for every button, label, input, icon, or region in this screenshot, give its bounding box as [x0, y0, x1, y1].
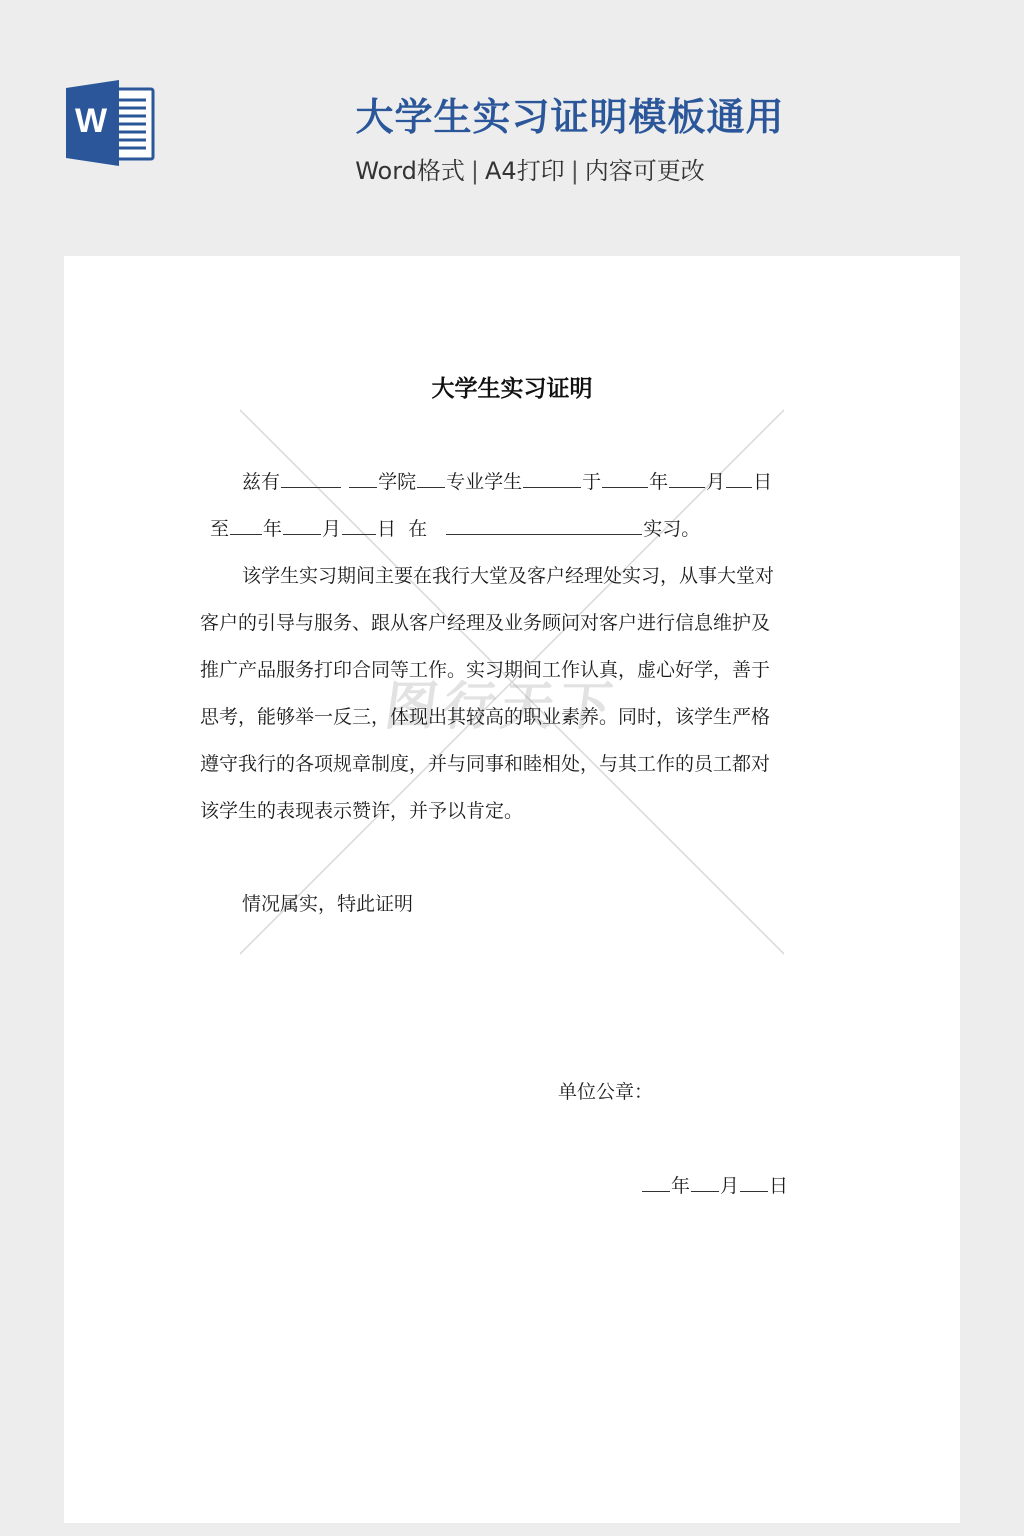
blank-start-day[interactable] [726, 469, 752, 488]
label-year: 年 [649, 471, 668, 493]
blank-sign-year[interactable] [642, 1173, 670, 1192]
body-line: 该学生的表现表示赞许，并予以肯定。 [200, 798, 523, 824]
header-title: 大学生实习证明模板通用 [300, 92, 840, 142]
label-month: 月 [720, 1175, 739, 1197]
label-month: 月 [322, 518, 341, 540]
document-page: 图行天下 大学生实习证明 兹有 学院专业学生于年月日 至年月日 在 实习。 该学… [64, 256, 960, 1523]
blank-sign-day[interactable] [740, 1173, 768, 1192]
label-day: 日 [753, 471, 772, 493]
text-prefix: 至 [210, 518, 229, 540]
blank-end-year[interactable] [230, 516, 262, 535]
signature-date-line: 年月日 [641, 1173, 788, 1199]
blank-end-month[interactable] [283, 516, 321, 535]
header-subtitle: Word格式|A4打印|内容可更改 [300, 153, 760, 189]
text-prefix: 兹有 [242, 471, 280, 493]
closing-statement: 情况属实，特此证明 [242, 891, 413, 917]
blank-student[interactable] [523, 469, 581, 488]
label-major: 专业学生 [446, 471, 522, 493]
body-line: 客户的引导与服务、跟从客户经理及业务顾问对客户进行信息维护及 [200, 610, 770, 636]
blank-start-month[interactable] [669, 469, 705, 488]
subtitle-separator: | [471, 157, 479, 185]
document-title: 大学生实习证明 [64, 370, 960, 403]
label-from: 于 [582, 471, 601, 493]
body-line: 该学生实习期间主要在我行大堂及客户经理处实习，从事大堂对 [242, 563, 774, 589]
blank-start-year[interactable] [602, 469, 648, 488]
blank-student-name[interactable] [281, 469, 341, 488]
document-content: 大学生实习证明 兹有 学院专业学生于年月日 至年月日 在 实习。 该学生实习期间… [64, 256, 960, 1523]
subtitle-format: Word格式 [355, 157, 465, 185]
blank-major[interactable] [417, 469, 445, 488]
label-month: 月 [706, 471, 725, 493]
label-year: 年 [263, 518, 282, 540]
label-day: 日 [377, 518, 396, 540]
label-year: 年 [671, 1175, 690, 1197]
word-document-icon: W [64, 80, 156, 166]
text-suffix: 实习。 [643, 518, 700, 540]
blank-college[interactable] [349, 469, 377, 488]
body-line: 遵守我行的各项规章制度，并与同事和睦相处，与其工作的员工都对 [200, 751, 770, 777]
blank-sign-month[interactable] [691, 1173, 719, 1192]
fill-line-2: 至年月日 在 实习。 [210, 516, 700, 542]
word-icon-letter: W [71, 102, 111, 141]
label-day: 日 [769, 1175, 788, 1197]
blank-company[interactable] [446, 516, 642, 535]
label-at: 在 [408, 518, 427, 540]
label-college: 学院 [378, 471, 416, 493]
subtitle-editable: 内容可更改 [585, 157, 705, 185]
subtitle-separator: | [571, 157, 579, 185]
blank-end-day[interactable] [342, 516, 376, 535]
seal-label: 单位公章： [558, 1079, 653, 1105]
body-line: 思考，能够举一反三，体现出其较高的职业素养。同时，该学生严格 [200, 704, 770, 730]
fill-line-1: 兹有 学院专业学生于年月日 [242, 469, 772, 495]
subtitle-print: A4打印 [485, 157, 565, 185]
body-line: 推广产品服务打印合同等工作。实习期间工作认真，虚心好学，善于 [200, 657, 770, 683]
